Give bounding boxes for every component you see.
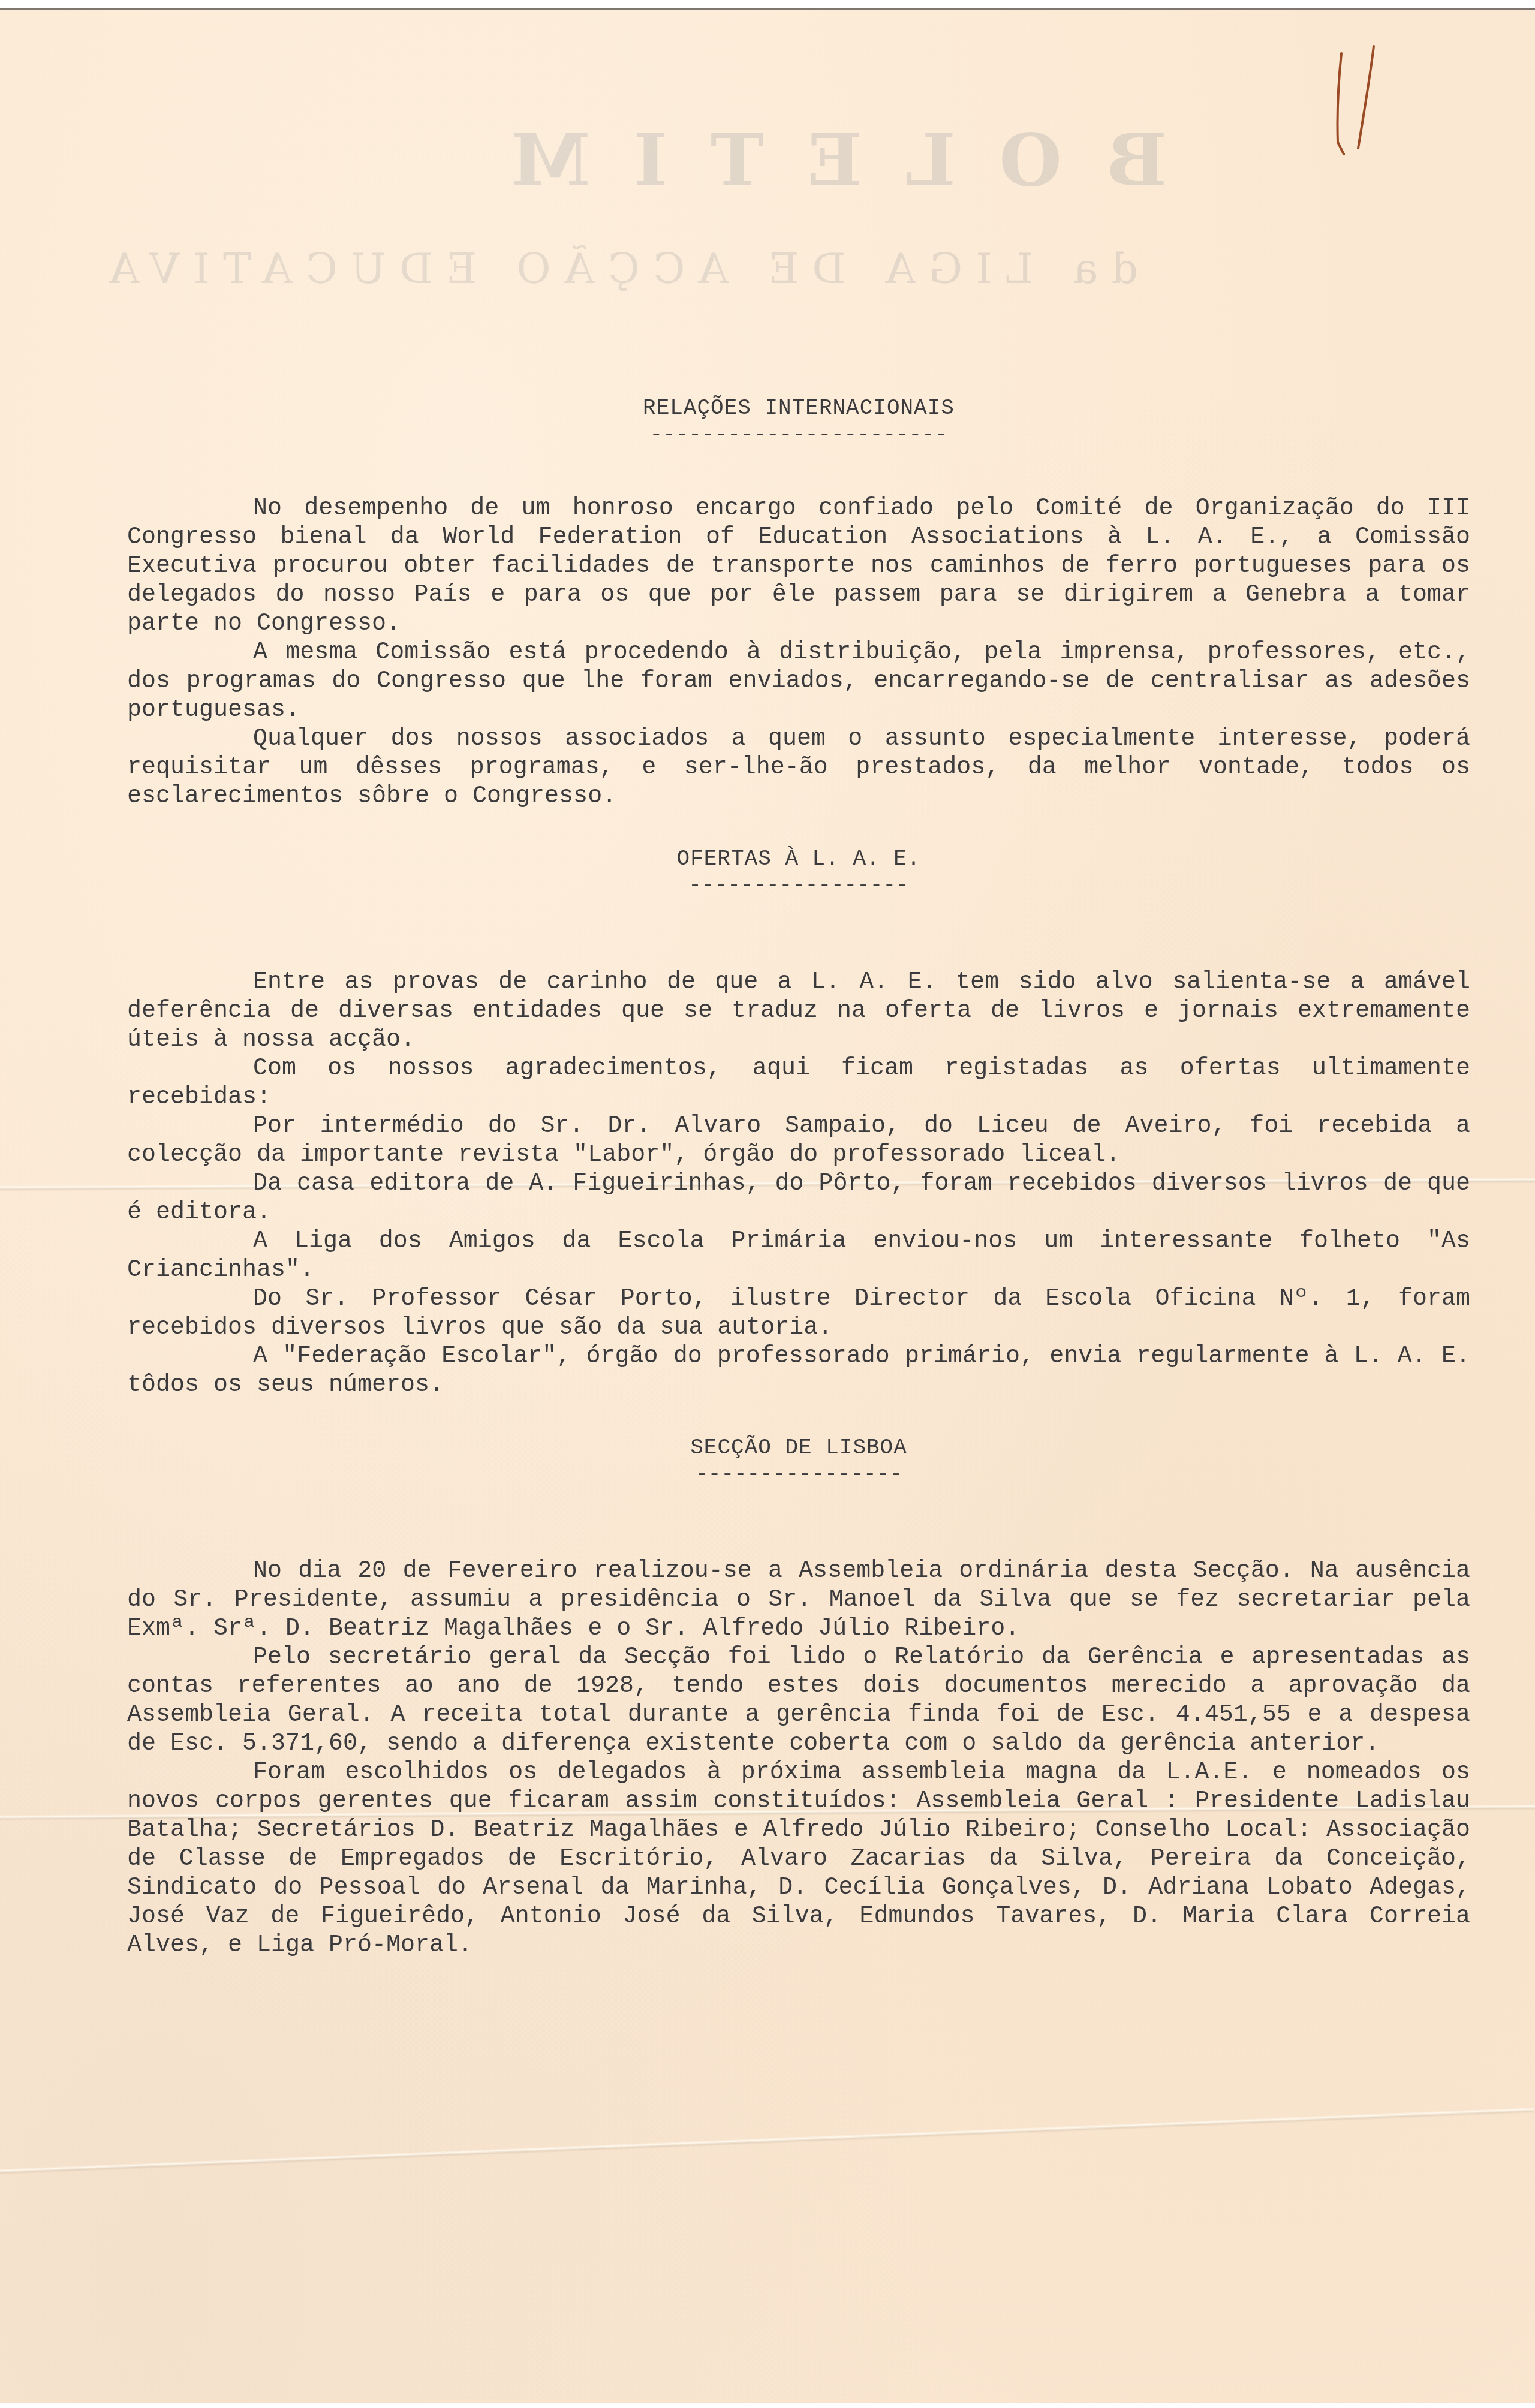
section-heading: OFERTAS À L. A. E. (127, 845, 1470, 874)
paragraph: Qualquer dos nossos associados a quem o … (127, 725, 1470, 811)
paragraph: Por intermédio do Sr. Dr. Alvaro Sampaio… (127, 1112, 1470, 1170)
masthead-bleedthrough-title: BOLETIM (468, 118, 1167, 203)
paragraph: A Liga dos Amigos da Escola Primária env… (127, 1227, 1470, 1285)
section-relacoes-internacionais: RELAÇÕES INTERNACIONAIS ----------------… (127, 394, 1470, 811)
paragraph: Pelo secretário geral da Secção foi lido… (127, 1644, 1470, 1759)
document-body: RELAÇÕES INTERNACIONAIS ----------------… (127, 394, 1470, 1960)
paragraph: Com os nossos agradecimentos, aqui ficam… (127, 1055, 1470, 1112)
heading-underline: ---------------- (127, 1462, 1470, 1486)
section-ofertas: OFERTAS À L. A. E. ----------------- Ent… (127, 845, 1470, 1400)
paragraph: Da casa editora de A. Figueirinhas, do P… (127, 1170, 1470, 1227)
handwritten-margin-mark-icon (1328, 40, 1382, 160)
section-seccao-de-lisboa: SECÇÃO DE LISBOA ---------------- No dia… (127, 1434, 1470, 1960)
paragraph: No desempenho de um honroso encargo conf… (127, 495, 1470, 639)
paragraph: Do Sr. Professor César Porto, ilustre Di… (127, 1285, 1470, 1343)
heading-underline: ----------------- (127, 874, 1470, 898)
paragraph: Entre as provas de carinho de que a L. A… (127, 968, 1470, 1055)
heading-underline: ----------------------- (127, 423, 1470, 447)
paper-fold-crease (0, 2107, 1534, 2175)
section-heading: RELAÇÕES INTERNACIONAIS (127, 394, 1470, 423)
document-page: BOLETIM da LIGA DE ACÇÃO EDUCATIVA RELAÇ… (0, 8, 1535, 2403)
masthead-bleedthrough-subtitle: da LIGA DE ACÇÃO EDUCATIVA (96, 244, 1138, 293)
paragraph: A "Federação Escolar", órgão do professo… (127, 1343, 1470, 1400)
paragraph: No dia 20 de Fevereiro realizou-se a Ass… (127, 1557, 1470, 1644)
paragraph: Foram escolhidos os delegados à próxima … (127, 1759, 1470, 1960)
section-heading: SECÇÃO DE LISBOA (127, 1434, 1470, 1462)
paragraph: A mesma Comissão está procedendo à distr… (127, 639, 1470, 725)
